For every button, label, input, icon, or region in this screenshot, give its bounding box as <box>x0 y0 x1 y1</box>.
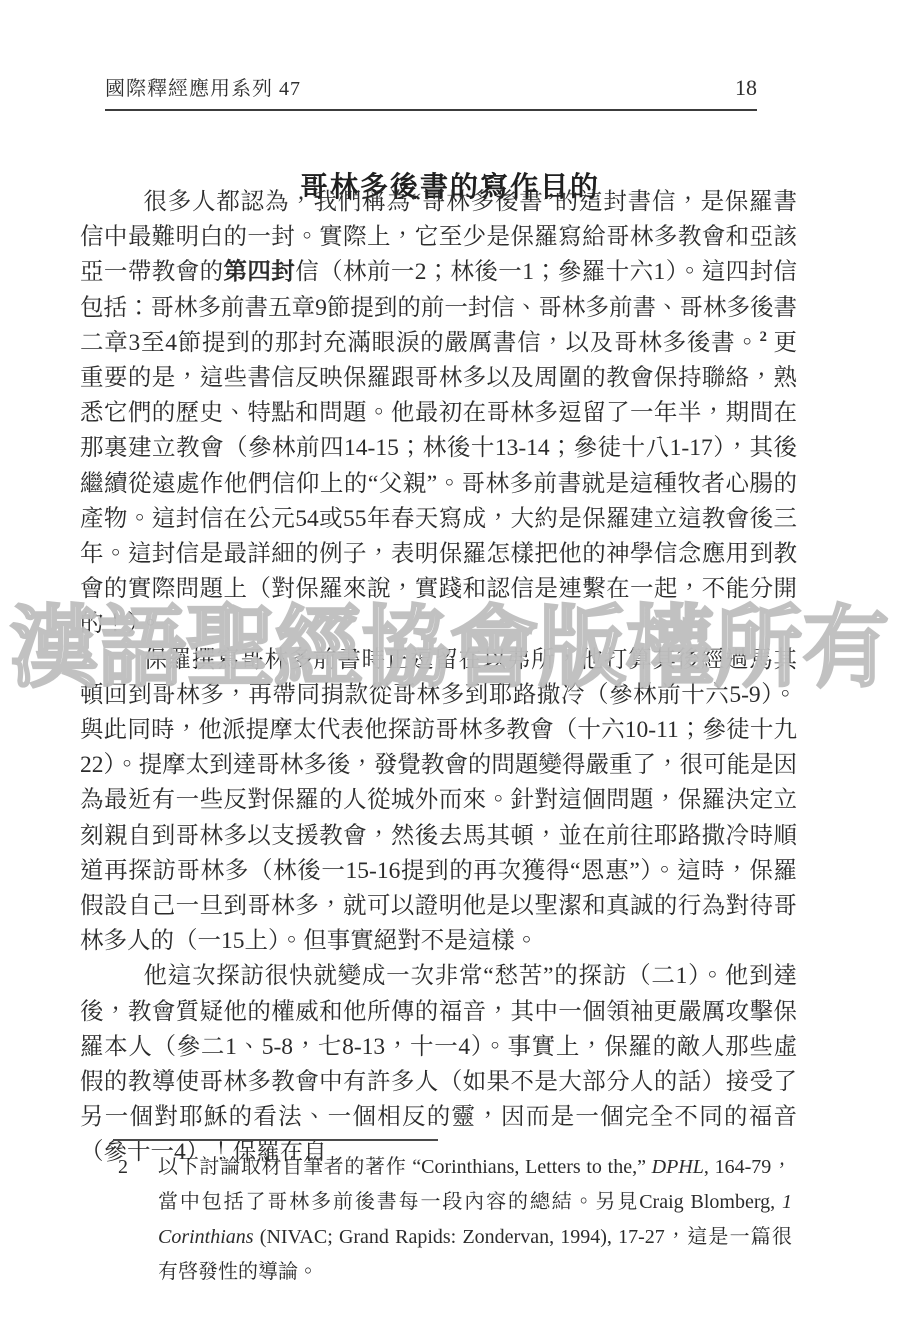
page-number: 18 <box>735 76 757 100</box>
footnote-number: 2 <box>118 1150 158 1290</box>
running-header: 國際釋經應用系列 47 18 <box>105 76 757 111</box>
paragraph-2: 保羅撰寫哥林多前書時正逗留在以弗所，他打算其後經過馬其頓回到哥林多，再帶同捐款從… <box>80 643 797 960</box>
footnote-text: 以下討論取材自筆者的著作 “Corinthians, Letters to th… <box>158 1150 792 1290</box>
book-page: 國際釋經應用系列 47 18 哥林多後書的寫作目的 很多人都認為，我們稱為“哥林… <box>0 0 900 1324</box>
footnote-separator <box>113 1139 438 1141</box>
footnote: 2 以下討論取材自筆者的著作 “Corinthians, Letters to … <box>118 1150 792 1290</box>
body-text: 很多人都認為，我們稱為“哥林多後書”的這封書信，是保羅書信中最難明白的一封。實際… <box>80 185 797 1171</box>
paragraph-1: 很多人都認為，我們稱為“哥林多後書”的這封書信，是保羅書信中最難明白的一封。實際… <box>80 185 797 643</box>
series-title: 國際釋經應用系列 47 <box>105 77 301 101</box>
